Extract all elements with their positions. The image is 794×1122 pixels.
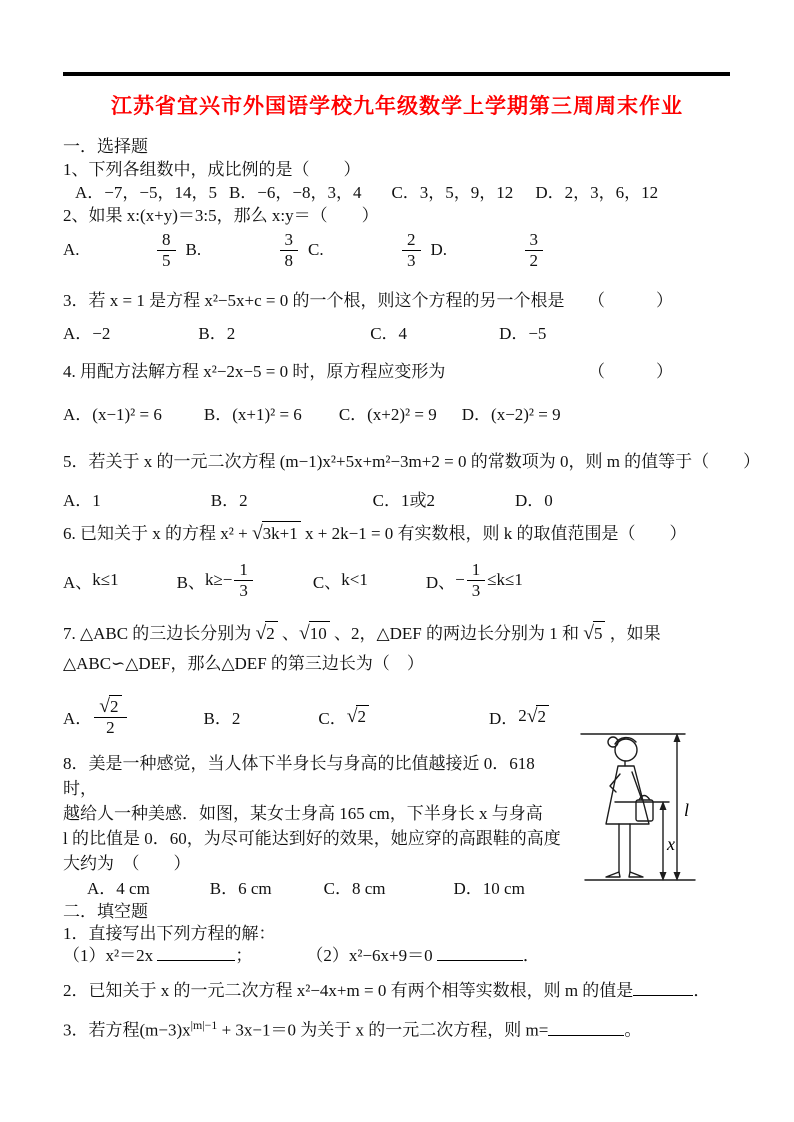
q2-option-b-label: B.	[186, 240, 278, 260]
sqrt-radicand: 10	[309, 621, 330, 645]
fill3-mid: + 3x−1＝0 为关于 x 的一元二次方程，则 m=	[217, 1021, 548, 1040]
q8-options: A．4 cm B．6 cm C．8 cm D．10 cm	[63, 876, 569, 901]
q8-option-c: C．8 cm	[324, 876, 386, 901]
q1-text: 1、下列各组数中，成比例的是（ ）	[63, 159, 731, 181]
q6-option-d-pre: −	[455, 570, 465, 590]
q6-option-d-post: ≤k≤1	[487, 570, 523, 590]
q6-option-b-pre: k≥−	[205, 570, 232, 590]
q6-text-pre: 6. 已知关于 x 的方程 x² +	[63, 524, 252, 543]
q7-option-d: D． 2 √2	[489, 704, 549, 729]
page-title: 江苏省宜兴市外国语学校九年级数学上学期第三周周末作业	[63, 90, 731, 120]
q6-option-d-label: D、	[426, 568, 455, 593]
q2-options: A. 8 5 B. 3 8 C. 2 3	[63, 227, 731, 273]
worksheet-page: 江苏省宜兴市外国语学校九年级数学上学期第三周周末作业 一．选择题 1、下列各组数…	[0, 0, 794, 1122]
q7-option-a: A． √2 2	[63, 695, 129, 737]
fill1-part2-end: ．	[523, 946, 540, 965]
fill3-end: 。	[624, 1021, 641, 1040]
fraction-numerator: 3	[280, 230, 299, 251]
sqrt-expression: √3k+1	[252, 521, 301, 545]
woman-shoes	[606, 872, 643, 877]
fill3-blank	[548, 1021, 624, 1036]
q5-options: A．1 B．2 C．1或2 D．0	[63, 490, 731, 512]
q4-line: 4. 用配方法解方程 x²−2x−5 = 0 时，原方程应变形为 （ ）	[63, 361, 731, 383]
q4-option-b: B．(x+1)² = 6	[204, 404, 302, 426]
q3-option-d: D．−5	[499, 323, 546, 345]
q7-line1: 7. △ABC 的三边长分别为 √2 、√10 、2，△DEF 的两边长分别为 …	[63, 621, 731, 645]
q4-option-a: A．(x−1)² = 6	[63, 404, 162, 426]
fill1-part1: （1）x²＝2x	[63, 946, 153, 965]
question8-figure: l x	[573, 720, 745, 896]
q7-option-a-fraction: √2 2	[94, 695, 126, 737]
q7-s4: ，如果	[605, 624, 660, 643]
q7-option-d-coefficient: 2	[518, 706, 527, 726]
q2-option-d-label: D.	[431, 240, 523, 260]
q4-option-d: D．(x−2)² = 9	[462, 404, 561, 426]
q2-option-a-label: A.	[63, 240, 155, 260]
sqrt-radicand: 2	[356, 705, 369, 727]
fraction-denominator: 2	[101, 718, 120, 738]
q8-line1: 8．美是一种感觉，当人体下半身长与身高的比值越接近 0．618 时，	[63, 751, 569, 801]
q3-option-c: C．4	[370, 323, 407, 345]
q6-option-a: A、 k≤1	[63, 568, 119, 593]
fill1-text: 1．直接写出下列方程的解：	[63, 923, 731, 945]
q3-answer-paren: （ ）	[588, 290, 673, 312]
q1-option-c: C．3，5，9，12	[391, 182, 513, 204]
sqrt-radicand: 2	[265, 621, 278, 645]
q6-option-a-text: k≤1	[92, 570, 118, 590]
q4-option-c: C．(x+2)² = 9	[339, 404, 437, 426]
q5-option-d: D．0	[515, 490, 553, 512]
fraction-denominator: 3	[467, 581, 486, 601]
q7-option-c: C． √2	[318, 704, 369, 729]
sqrt-radicand: 2	[536, 705, 549, 727]
q6-option-d-fraction: 1 3	[467, 560, 486, 600]
q6-option-b: B、 k≥− 1 3	[177, 560, 255, 600]
q6-text-post: x + 2k−1 = 0 有实数根，则 k 的取值范围是（ ）	[301, 524, 687, 543]
fill3-exponent: |m|−1	[191, 1018, 218, 1032]
q2-option-c-fraction: 2 3	[402, 230, 421, 270]
fill-section: 二．填空题 1．直接写出下列方程的解： （1）x²＝2x ；（2）x²−6x+9…	[63, 901, 731, 1042]
q6-option-c: C、 k<1	[313, 568, 368, 593]
q7-s2: 、	[278, 624, 299, 643]
q2-option-b: B. 3 8	[186, 230, 301, 270]
fill1-blank1	[157, 946, 235, 961]
section-blank-heading: 二．填空题	[63, 901, 731, 923]
sqrt-radicand: 2	[109, 695, 122, 717]
q2-option-c: C. 2 3	[308, 230, 423, 270]
sqrt-expression: √2	[527, 705, 549, 727]
q8-line2: 越给人一种美感．如图，某女士身高 165 cm，下半身长 x 与身高	[63, 801, 569, 826]
top-rule-divider	[63, 72, 730, 76]
fill2-end: ．	[693, 981, 710, 1000]
q6-option-c-text: k<1	[341, 570, 368, 590]
q2-text: 2、如果 x:(x+y)＝3:5，那么 x:y＝（ ）	[63, 205, 731, 227]
sqrt-expression: √2	[256, 621, 278, 645]
fill1-part2: （2）x²−6x+9＝0	[306, 946, 432, 965]
q1-options: A．−7，−5，14，5 B．−6，−8，3，4 C．3，5，9，12 D．2，…	[63, 182, 731, 204]
woman-dress	[606, 766, 649, 824]
q1-option-a: A．−7，−5，14，5	[75, 182, 217, 204]
q6-option-d: D、 − 1 3 ≤k≤1	[426, 560, 523, 600]
q1-option-d: D．2，3，6，12	[535, 182, 658, 204]
q7-s1: 7. △ABC 的三边长分别为	[63, 624, 256, 643]
fill1-part1-end: ；	[235, 946, 252, 965]
q6-option-c-label: C、	[313, 568, 341, 593]
q3-option-b: B．2	[198, 323, 235, 345]
q7-option-d-label: D．	[489, 704, 518, 729]
q5-option-b: B．2	[211, 490, 248, 512]
fill2-text: 2．已知关于 x 的一元二次方程 x²−4x+m = 0 有两个相等实数根，则 …	[63, 981, 633, 1000]
q2-option-d-fraction: 3 2	[525, 230, 544, 270]
sqrt-expression: √2	[99, 695, 121, 717]
q6-option-a-label: A、	[63, 568, 92, 593]
q2-option-a-fraction: 8 5	[157, 230, 176, 270]
q8-option-b: B．6 cm	[210, 876, 272, 901]
fraction-denominator: 5	[157, 251, 176, 271]
figure-label-l: l	[684, 800, 689, 820]
q5-option-c: C．1或2	[373, 490, 435, 512]
q7-option-b: B．2	[204, 704, 241, 729]
q3-line: 3．若 x = 1 是方程 x²−5x+c = 0 的一个根，则这个方程的另一个…	[63, 290, 731, 312]
sqrt-radicand: 5	[593, 621, 606, 645]
q4-options: A．(x−1)² = 6 B．(x+1)² = 6 C．(x+2)² = 9 D…	[63, 404, 731, 426]
q5-option-a: A．1	[63, 490, 101, 512]
fill1-blank2	[437, 946, 523, 961]
section-choice-heading: 一．选择题	[63, 136, 731, 158]
sqrt-expression: √2	[347, 705, 369, 727]
woman-handbag	[636, 800, 653, 821]
q8-line4: 大约为 （ ）	[63, 851, 569, 876]
q7-option-c-label: C．	[318, 704, 346, 729]
fraction-numerator: √2	[94, 695, 126, 718]
q3-options: A．−2 B．2 C．4 D．−5	[63, 323, 731, 345]
fill1-equations: （1）x²＝2x ；（2）x²−6x+9＝0 ．	[63, 945, 731, 967]
q7-option-a-label: A．	[63, 704, 92, 729]
q6-option-b-label: B、	[177, 568, 205, 593]
q8-option-a: A．4 cm	[87, 876, 150, 901]
fraction-numerator: 1	[467, 560, 486, 581]
sqrt-expression: √10	[299, 621, 330, 645]
fraction-denominator: 2	[525, 251, 544, 271]
q8-line3: l 的比值是 0．60，为尽可能达到好的效果，她应穿的高跟鞋的高度	[63, 826, 569, 851]
fill2-blank	[633, 981, 693, 996]
q4-answer-paren: （ ）	[588, 361, 673, 383]
q2-option-d: D. 3 2	[431, 230, 546, 270]
figure-label-x: x	[666, 834, 675, 854]
fill3-text: 3．若方程(m−3)x	[63, 1021, 191, 1040]
q3-option-a: A．−2	[63, 323, 110, 345]
sqrt-radicand: 3k+1	[262, 521, 301, 545]
q7-line2: △ABC∽△DEF，那么△DEF 的第三边长为（ ）	[63, 653, 731, 675]
q1-option-b: B．−6，−8，3，4	[229, 182, 362, 204]
q2-option-a: A. 8 5	[63, 230, 178, 270]
q8-block: 8．美是一种感觉，当人体下半身长与身高的比值越接近 0．618 时， 越给人一种…	[63, 751, 569, 901]
q2-option-c-label: C.	[308, 240, 400, 260]
q8-option-d: D．10 cm	[454, 876, 525, 901]
q5-text: 5．若关于 x 的一元二次方程 (m−1)x²+5x+m²−3m+2 = 0 的…	[63, 451, 731, 473]
q4-text: 4. 用配方法解方程 x²−2x−5 = 0 时，原方程应变形为	[63, 361, 445, 383]
woman-legs	[619, 824, 630, 872]
fraction-numerator: 2	[402, 230, 421, 251]
q7-s3: 、2，△DEF 的两边长分别为 1 和	[330, 624, 583, 643]
fill2-line: 2．已知关于 x 的一元二次方程 x²−4x+m = 0 有两个相等实数根，则 …	[63, 980, 731, 1002]
q2-option-b-fraction: 3 8	[280, 230, 299, 270]
fraction-denominator: 8	[280, 251, 299, 271]
fraction-numerator: 3	[525, 230, 544, 251]
q6-text: 6. 已知关于 x 的方程 x² + √3k+1 x + 2k−1 = 0 有实…	[63, 521, 731, 545]
fraction-numerator: 8	[157, 230, 176, 251]
sqrt-expression: √5	[583, 621, 605, 645]
fraction-denominator: 3	[402, 251, 421, 271]
q6-options: A、 k≤1 B、 k≥− 1 3 C、 k<1 D、 − 1 3	[63, 557, 731, 603]
fill3-line: 3．若方程(m−3)x|m|−1 + 3x−1＝0 为关于 x 的一元二次方程，…	[63, 1014, 731, 1042]
fraction-denominator: 3	[234, 581, 253, 601]
q3-text: 3．若 x = 1 是方程 x²−5x+c = 0 的一个根，则这个方程的另一个…	[63, 290, 565, 312]
fraction-numerator: 1	[234, 560, 253, 581]
q6-option-b-fraction: 1 3	[234, 560, 253, 600]
